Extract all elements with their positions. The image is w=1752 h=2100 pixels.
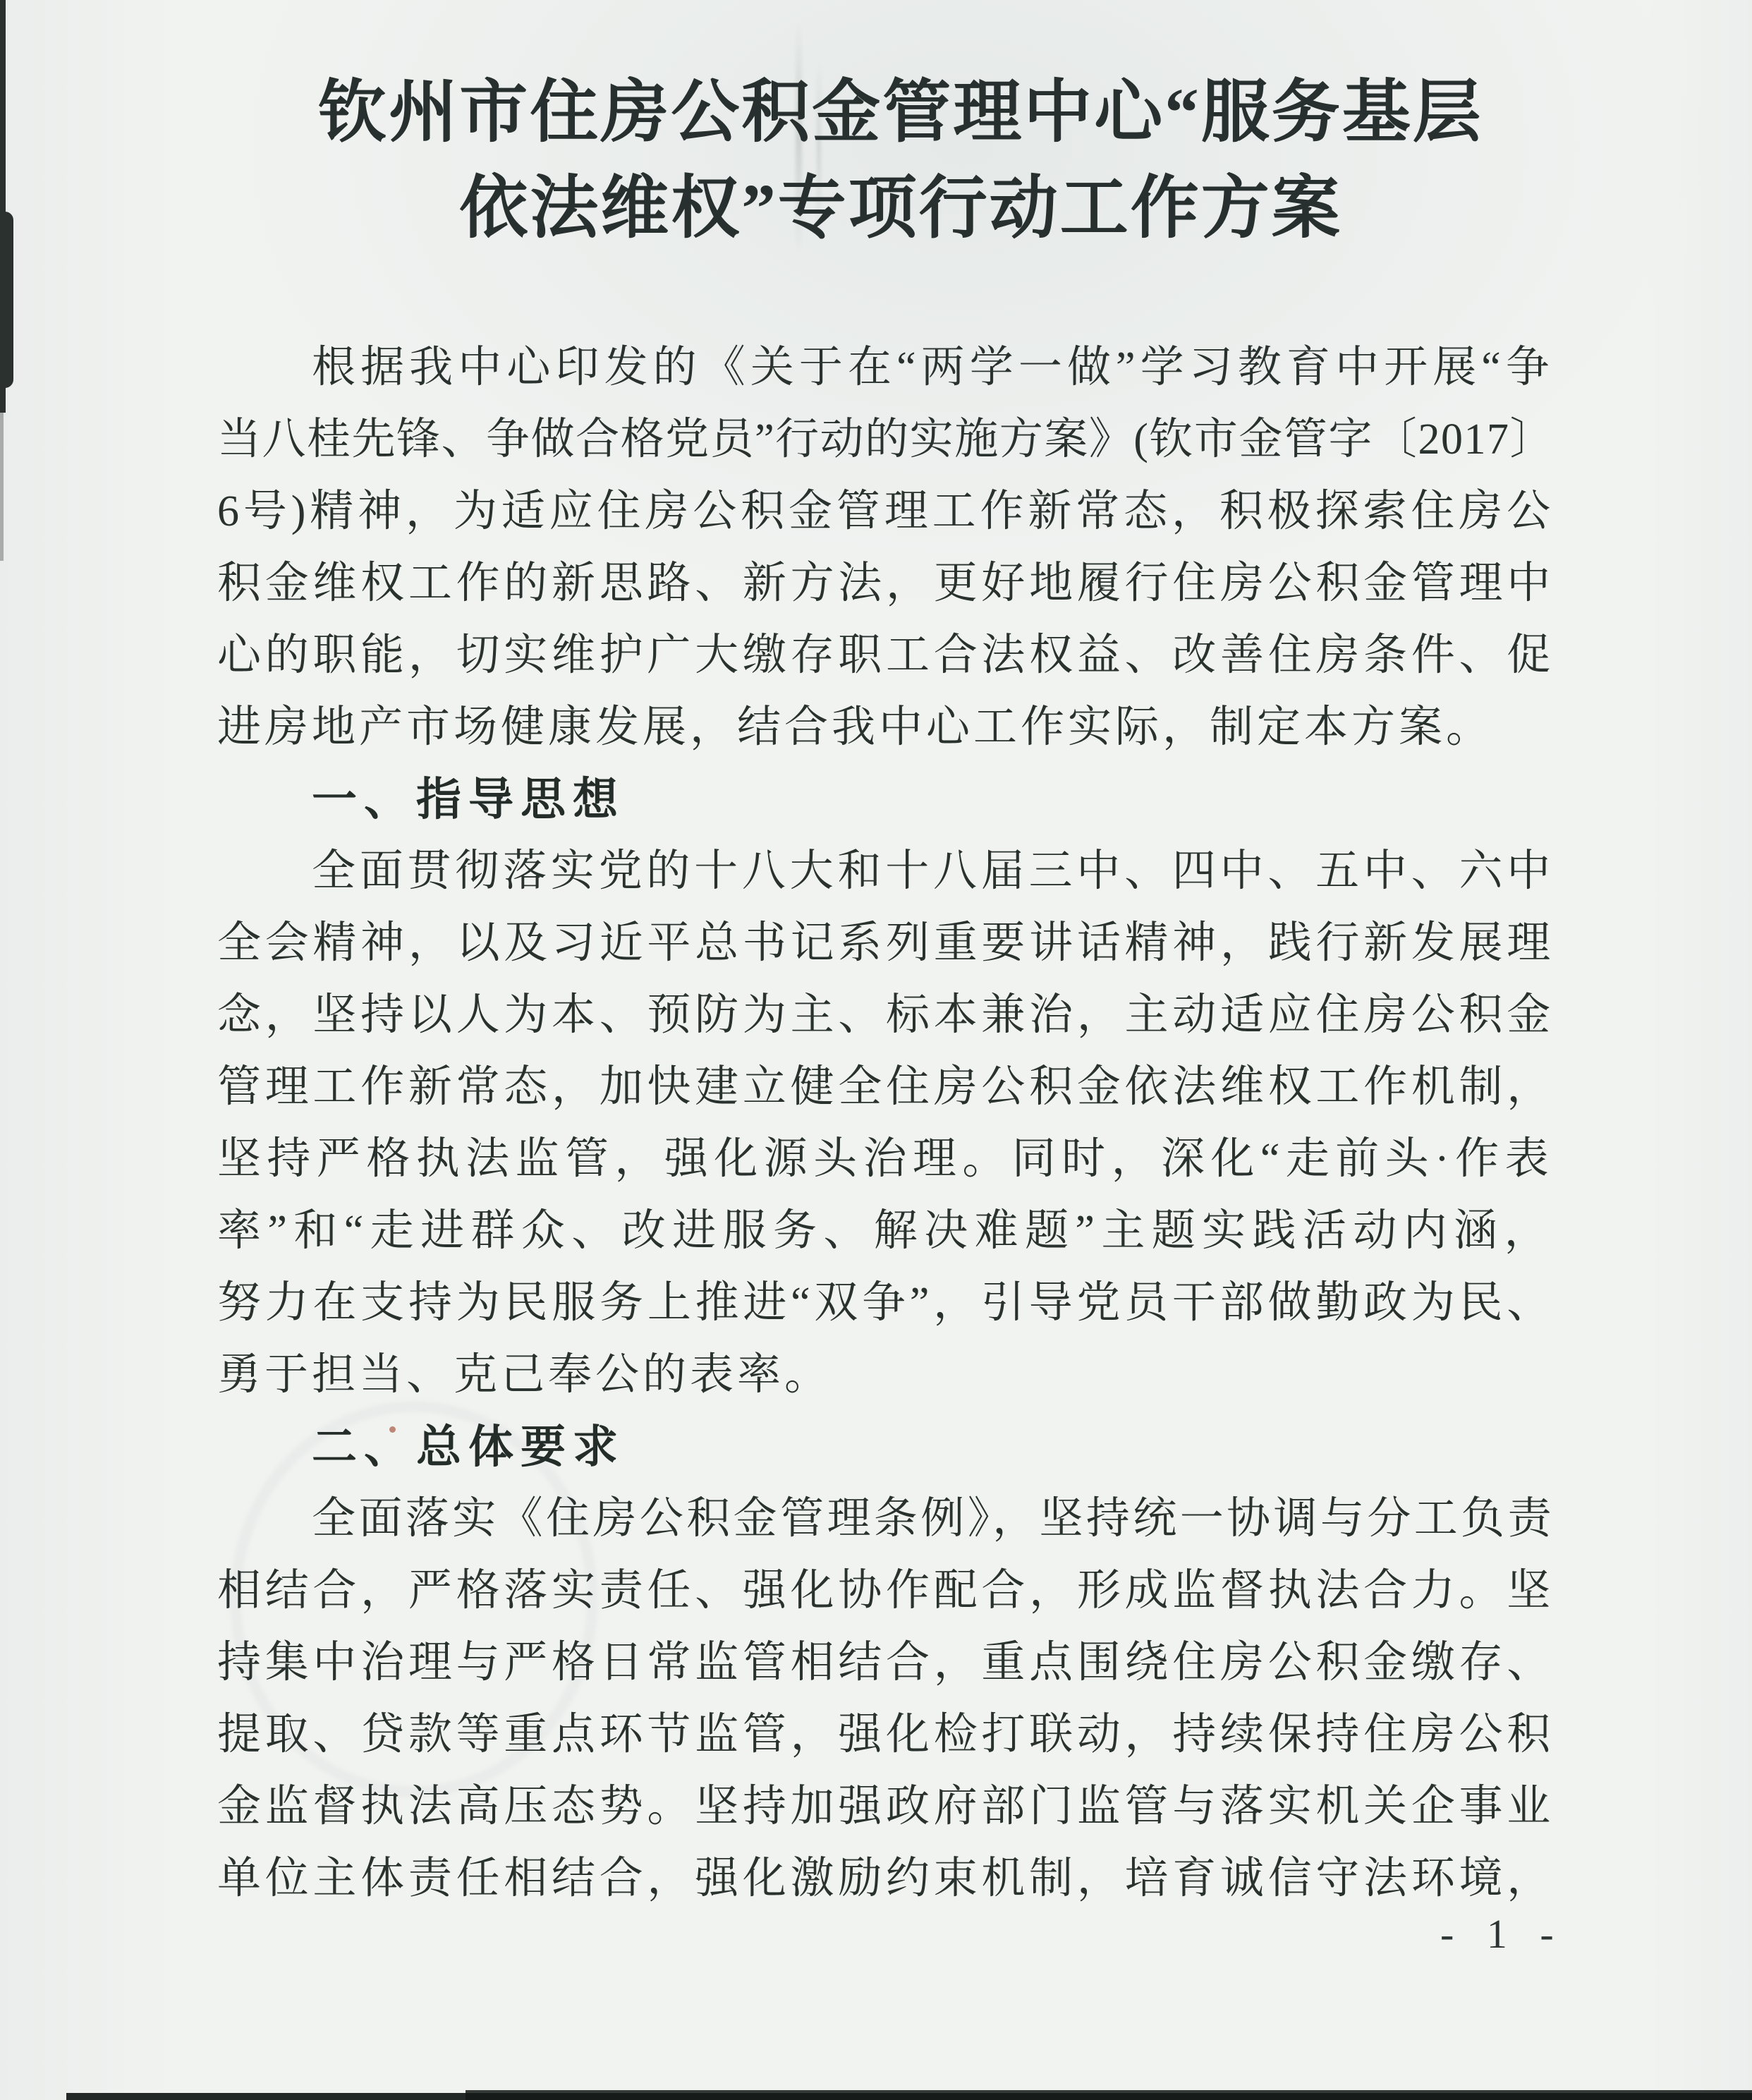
scan-edge-left-fade	[0, 413, 4, 561]
body-line: 提取、贷款等重点环节监管，强化检打联动，持续保持住房公积	[217, 1699, 1555, 1771]
body-line-text: 管理工作新常态，加快建立健全住房公积金依法维权工作机制，	[217, 1063, 1555, 1111]
document-page: { "colors": { "ink": "#29322f", "ink_tit…	[0, 0, 1752, 2100]
body-line: 当八桂先锋、争做合格党员”行动的实施方案》(钦市金管字〔2017〕	[217, 403, 1555, 475]
body-line: 勇于担当、克己奉公的表率。	[217, 1339, 1555, 1411]
title-line: 依法维权”专项行动工作方案	[49, 161, 1752, 257]
body-line-text: 根据我中心印发的《关于在“两学一做”学习教育中开展“争	[312, 344, 1555, 392]
body-line-text: 单位主体责任相结合，强化激励约束机制，培育诚信守法环境，	[217, 1855, 1555, 1902]
body-line: 念，坚持以人为本、预防为主、标本兼治，主动适应住房公积金	[217, 979, 1555, 1051]
body-line-text: 提取、贷款等重点环节监管，强化检打联动，持续保持住房公积	[217, 1711, 1555, 1759]
body-line-text: 6号)精神，为适应住房公积金管理工作新常态，积极探索住房公	[217, 487, 1555, 535]
body-line-text: 相结合，严格落实责任、强化协作配合，形成监督执法合力。坚	[217, 1567, 1555, 1615]
body-line-text: 积金维权工作的新思路、新方法，更好地履行住房公积金管理中	[217, 559, 1555, 607]
body-line: 率”和“走进群众、改进服务、解决难题”主题实践活动内涵，	[217, 1195, 1555, 1267]
body-line-text: 全面贯彻落实党的十八大和十八届三中、四中、五中、六中	[312, 847, 1555, 895]
body-line: 6号)精神，为适应住房公积金管理工作新常态，积极探索住房公	[217, 475, 1555, 547]
body-line: 积金维权工作的新思路、新方法，更好地履行住房公积金管理中	[217, 547, 1555, 619]
body-line: 单位主体责任相结合，强化激励约束机制，培育诚信守法环境，	[217, 1843, 1555, 1914]
body-line-text: 率”和“走进群众、改进服务、解决难题”主题实践活动内涵，	[217, 1207, 1555, 1255]
body-line-text: 全会精神，以及习近平总书记系列重要讲话精神，践行新发展理	[217, 919, 1555, 967]
body-line-text: 心的职能，切实维护广大缴存职工合法权益、改善住房条件、促	[217, 631, 1555, 679]
body-line: 管理工作新常态，加快建立健全住房公积金依法维权工作机制，	[217, 1051, 1555, 1123]
body-line-text: 努力在支持为民服务上推进“双争”，引导党员干部做勤政为民、	[217, 1279, 1555, 1327]
body-line-text: 一、指导思想	[312, 774, 625, 825]
document-title: 钦州市住房公积金管理中心“服务基层 依法维权”专项行动工作方案	[49, 65, 1752, 257]
body-line-text: 持集中治理与严格日常监管相结合，重点围绕住房公积金缴存、	[217, 1639, 1555, 1687]
body-line: 全面落实《住房公积金管理条例》，坚持统一协调与分工负责	[217, 1483, 1555, 1555]
document-body: 根据我中心印发的《关于在“两学一做”学习教育中开展“争当八桂先锋、争做合格党员”…	[217, 332, 1555, 1914]
body-line-text: 金监督执法高压态势。坚持加强政府部门监管与落实机关企事业	[217, 1783, 1555, 1831]
scan-edge-bottom-dark	[466, 2090, 1752, 2100]
body-line: 心的职能，切实维护广大缴存职工合法权益、改善住房条件、促	[217, 619, 1555, 691]
body-line-text: 勇于担当、克己奉公的表率。	[217, 1351, 832, 1399]
body-line: 持集中治理与严格日常监管相结合，重点围绕住房公积金缴存、	[217, 1627, 1555, 1699]
page-number: - 1 -	[1440, 1910, 1565, 1958]
body-line-text: 念，坚持以人为本、预防为主、标本兼治，主动适应住房公积金	[217, 991, 1555, 1039]
body-line-text: 坚持严格执法监管，强化源头治理。同时，深化“走前头·作表	[217, 1135, 1555, 1183]
body-line-text: 二、总体要求	[312, 1421, 625, 1472]
scan-edge-left-mark	[0, 212, 13, 388]
body-line: 全会精神，以及习近平总书记系列重要讲话精神，践行新发展理	[217, 907, 1555, 979]
body-line-text: 进房地产市场健康发展，结合我中心工作实际，制定本方案。	[217, 703, 1493, 751]
body-line: 全面贯彻落实党的十八大和十八届三中、四中、五中、六中	[217, 835, 1555, 907]
body-line: 坚持严格执法监管，强化源头治理。同时，深化“走前头·作表	[217, 1123, 1555, 1195]
section-heading: 一、指导思想	[217, 763, 1555, 835]
body-line: 根据我中心印发的《关于在“两学一做”学习教育中开展“争	[217, 332, 1555, 403]
body-line: 金监督执法高压态势。坚持加强政府部门监管与落实机关企事业	[217, 1771, 1555, 1843]
body-line: 努力在支持为民服务上推进“双争”，引导党员干部做勤政为民、	[217, 1267, 1555, 1339]
body-line-text: 当八桂先锋、争做合格党员”行动的实施方案》(钦市金管字〔2017〕	[217, 415, 1555, 463]
section-heading: 二、总体要求	[217, 1411, 1555, 1483]
title-line: 钦州市住房公积金管理中心“服务基层	[49, 65, 1752, 161]
body-line: 进房地产市场健康发展，结合我中心工作实际，制定本方案。	[217, 691, 1555, 763]
body-line-text: 全面落实《住房公积金管理条例》，坚持统一协调与分工负责	[312, 1495, 1555, 1543]
body-line: 相结合，严格落实责任、强化协作配合，形成监督执法合力。坚	[217, 1555, 1555, 1627]
